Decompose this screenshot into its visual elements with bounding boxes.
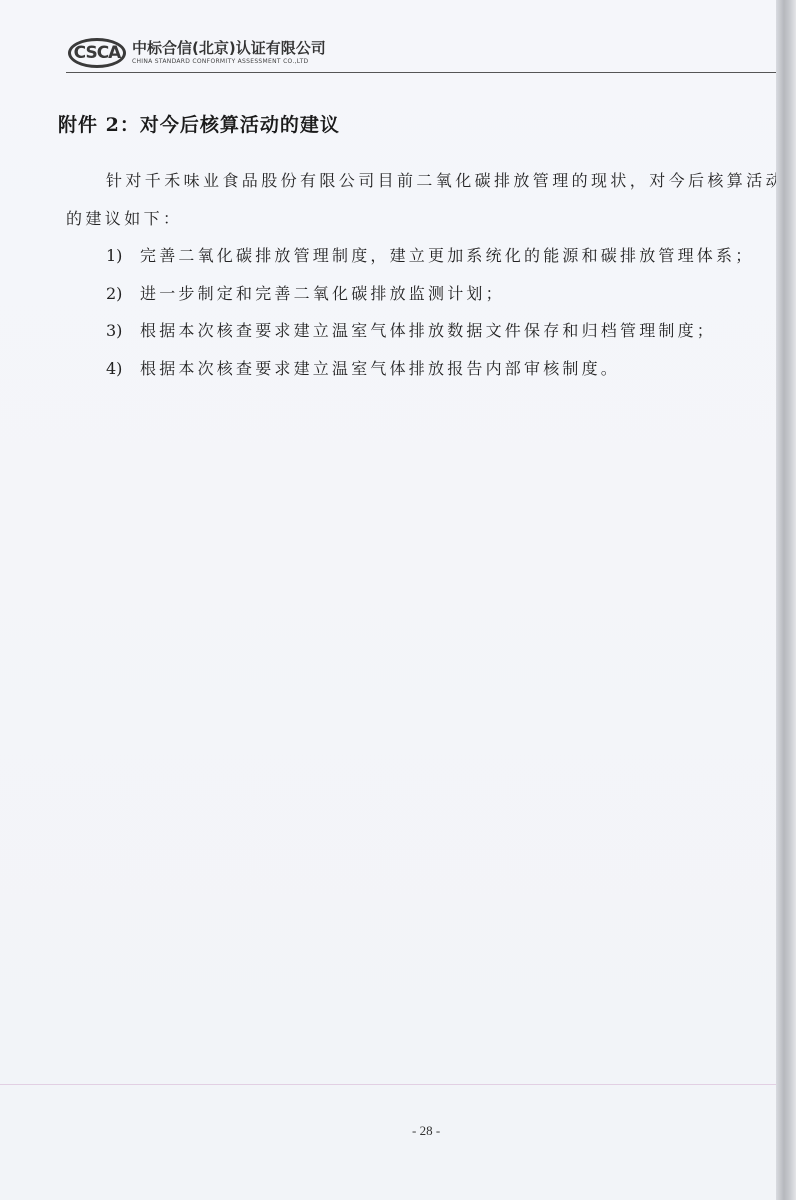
footer-divider xyxy=(0,1084,778,1085)
document-page: CSCA 中标合信(北京)认证有限公司 CHINA STANDARD CONFO… xyxy=(0,0,778,1200)
list-item: 1)完善二氧化碳排放管理制度，建立更加系统化的能源和碳排放管理体系； xyxy=(106,237,754,275)
page-header: CSCA 中标合信(北京)认证有限公司 CHINA STANDARD CONFO… xyxy=(68,33,326,73)
company-name-en: CHINA STANDARD CONFORMITY ASSESSMENT CO.… xyxy=(132,57,326,66)
list-item: 2)进一步制定和完善二氧化碳排放监测计划； xyxy=(106,275,754,313)
list-item-number: 2) xyxy=(106,275,140,313)
list-item-number: 4) xyxy=(106,350,140,388)
csca-logo-icon: CSCA xyxy=(68,38,126,68)
scan-page-edge xyxy=(776,0,796,1200)
list-item-text: 进一步制定和完善二氧化碳排放监测计划； xyxy=(140,284,505,303)
header-divider xyxy=(66,72,784,73)
list-item-text: 根据本次核查要求建立温室气体排放报告内部审核制度。 xyxy=(140,359,620,378)
list-item: 4)根据本次核查要求建立温室气体排放报告内部审核制度。 xyxy=(106,350,754,388)
list-item-text: 根据本次核查要求建立温室气体排放数据文件保存和归档管理制度； xyxy=(140,321,716,340)
suggestion-list: 1)完善二氧化碳排放管理制度，建立更加系统化的能源和碳排放管理体系； 2)进一步… xyxy=(106,237,754,387)
list-item-number: 3) xyxy=(106,312,140,350)
intro-paragraph: 针对千禾味业食品股份有限公司目前二氧化碳排放管理的现状，对今后核算活动的建议如下… xyxy=(66,162,796,238)
list-item-number: 1) xyxy=(106,237,140,275)
list-item: 3)根据本次核查要求建立温室气体排放数据文件保存和归档管理制度； xyxy=(106,312,754,350)
page-number: - 28 - xyxy=(412,1123,440,1139)
list-item-text: 完善二氧化碳排放管理制度，建立更加系统化的能源和碳排放管理体系； xyxy=(140,246,754,265)
page-title: 附件 2：对今后核算活动的建议 xyxy=(58,110,340,137)
company-name: 中标合信(北京)认证有限公司 CHINA STANDARD CONFORMITY… xyxy=(132,40,326,66)
company-name-cn: 中标合信(北京)认证有限公司 xyxy=(132,40,326,57)
